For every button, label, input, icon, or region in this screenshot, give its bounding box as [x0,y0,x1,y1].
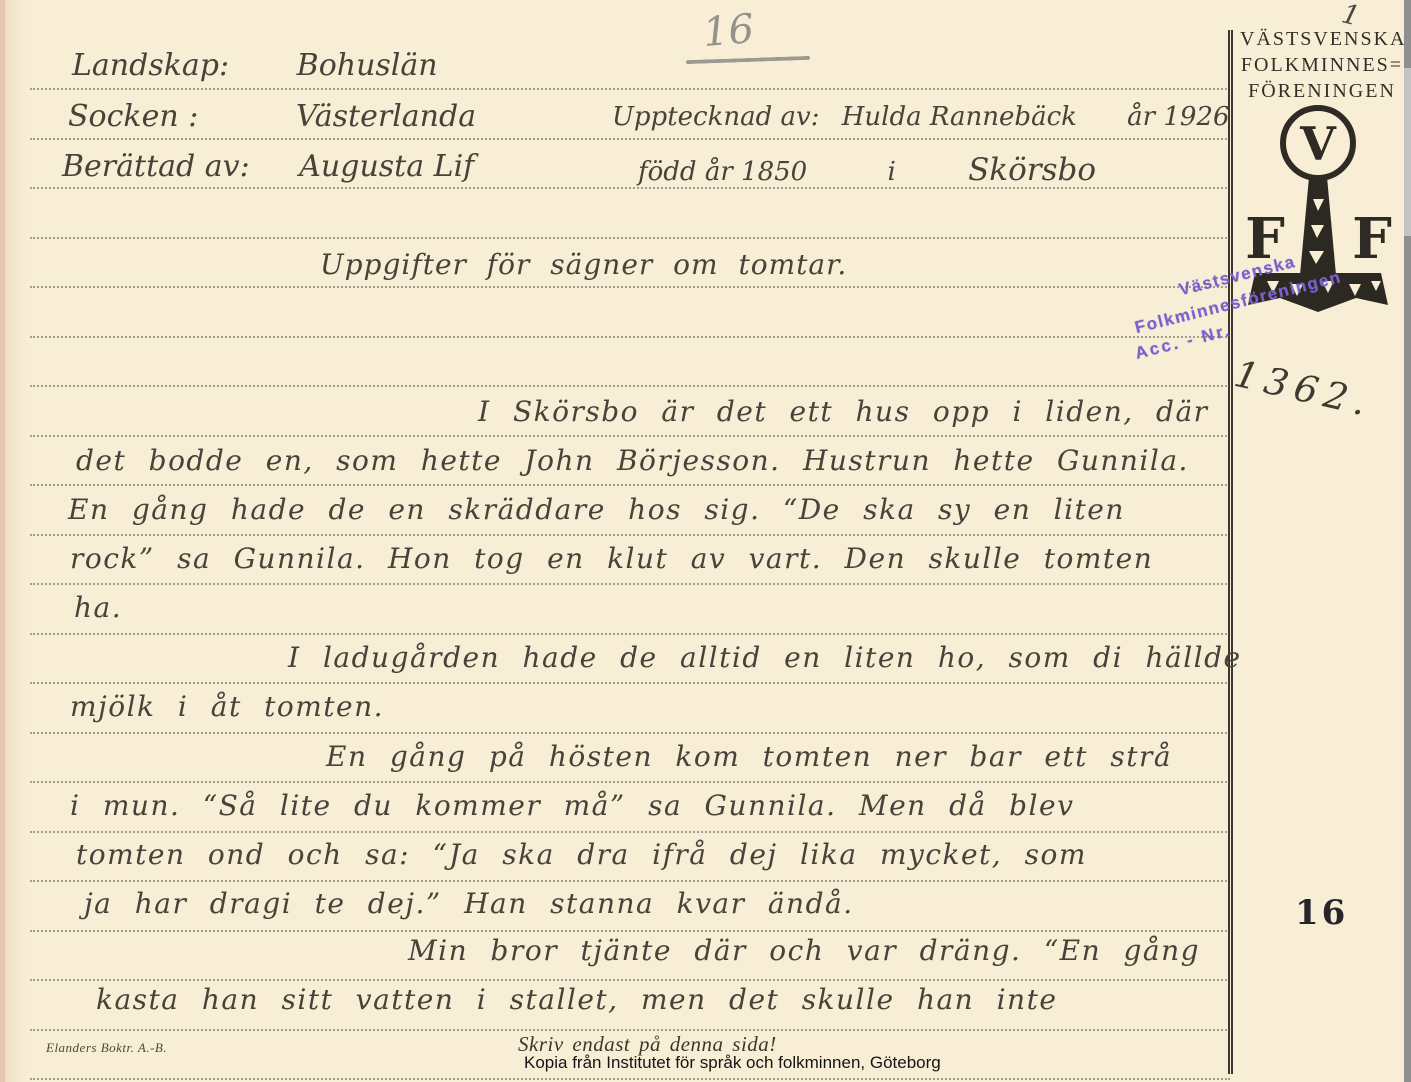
born-place: Skörsbo [968,152,1096,188]
body-line: kasta han sitt vatten i stallet, men det… [96,986,1057,1014]
born-line: född år 1850 i Skörsbo [638,152,1096,188]
field-landskap-value: Bohuslän [297,48,438,83]
organization-name: VÄSTSVENSKA FOLKMINNES= FÖRENINGEN [1240,26,1404,104]
body-line: mjölk i åt tomten. [70,693,384,721]
document-title: Uppgifter för sägner om tomtar. [320,248,847,281]
ruled-line [30,286,1230,288]
printed-page-number: 16 [1295,893,1348,933]
ruled-line [30,88,1230,90]
pencil-page-number: 16 [701,6,756,56]
born-prefix: född år 1850 [638,157,807,187]
ruled-line [30,484,1230,486]
recorded-by-label: Upptecknad av: [612,102,819,132]
ruled-line [30,583,1230,585]
organization-name-line: FOLKMINNES= [1240,52,1404,78]
field-berattad-av-value: Augusta Lif [299,149,474,184]
ruled-line [30,880,1230,882]
body-line: En gång på hösten kom tomten ner bar ett… [326,743,1172,771]
field-socken-value: Västerlanda [296,99,476,134]
field-landskap-label: Landskap: [72,48,229,83]
born-in-word: i [887,157,895,187]
body-line: Min bror tjänte där och var dräng. “En g… [408,937,1200,965]
ruled-line [30,831,1230,833]
archive-copy-note: Kopia från Institutet för språk och folk… [524,1053,941,1073]
ruled-line [30,138,1230,140]
ruled-line [30,979,1230,981]
recorded-by-year: år 1926 [1127,102,1229,132]
ruled-line [30,781,1230,783]
logo-letter-v: V [1299,117,1337,171]
margin-divider-double-rule [1228,30,1233,1074]
body-line: ha. [74,594,122,622]
recorded-by-name: Hulda Rannebäck [842,102,1077,132]
body-line: I ladugården hade de alltid en liten ho,… [288,644,1242,672]
body-line: I Skörsbo är det ett hus opp i liden, dä… [478,398,1209,426]
ruled-line [30,336,1230,338]
ruled-line [30,732,1230,734]
field-socken: Socken : Västerlanda [68,99,476,134]
body-line: En gång hade de en skräddare hos sig. “D… [68,496,1125,524]
ruled-line [30,534,1230,536]
organization-name-line: VÄSTSVENSKA [1240,26,1404,52]
ruled-line [30,930,1230,932]
ruled-line [30,682,1230,684]
accession-number: 1362. [1230,352,1377,426]
ruled-line [30,237,1230,239]
ruled-line [30,633,1230,635]
field-berattad-av: Berättad av: Augusta Lif [62,149,474,184]
ruled-line [30,385,1230,387]
ruled-line [30,1078,1230,1080]
body-line: tomten ond och sa: “Ja ska dra ifrå dej … [76,841,1087,869]
body-line: i mun. “Så lite du kommer må” sa Gunnila… [70,792,1074,820]
body-line: ja har dragi te dej.” Han stanna kvar än… [84,890,854,918]
organization-name-line: FÖRENINGEN [1240,78,1404,104]
scan-left-shade [5,0,27,1082]
body-line: det bodde en, som hette John Börjesson. … [76,447,1189,475]
ruled-line [30,1029,1230,1031]
scrollbar-thumb[interactable] [1404,68,1411,236]
field-landskap: Landskap: Bohuslän [72,48,438,83]
field-berattad-av-label: Berättad av: [62,149,250,184]
body-line: rock” sa Gunnila. Hon tog en klut av var… [70,545,1153,573]
recorded-by-line: Upptecknad av: Hulda Rannebäck år 1926 [612,102,1230,132]
printer-imprint: Elanders Boktr. A.-B. [46,1040,167,1056]
field-socken-label: Socken : [68,99,198,134]
ruled-line [30,435,1230,437]
pencil-page-number-underline [686,56,810,64]
